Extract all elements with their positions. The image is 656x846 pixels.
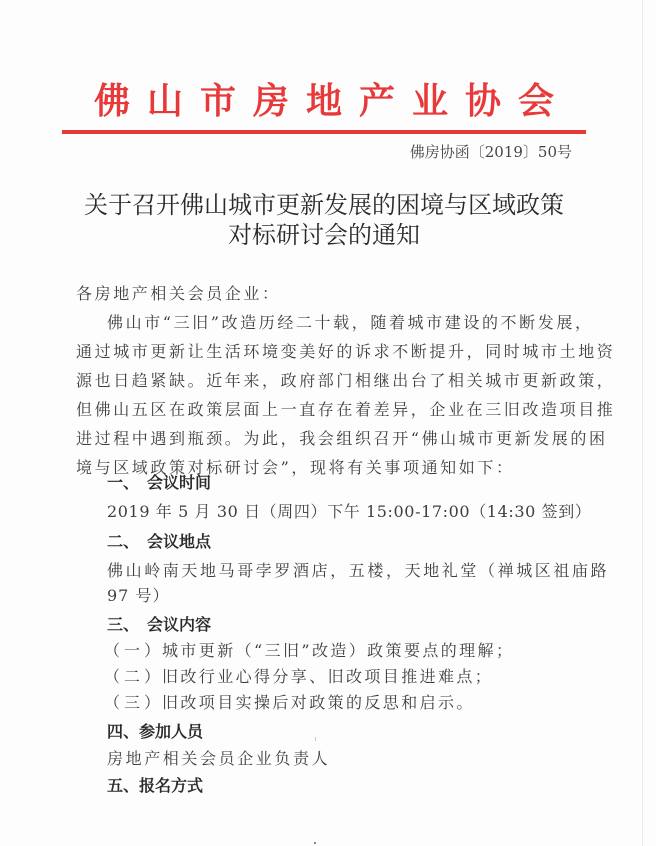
salutation: 各房地产相关会员企业： <box>76 279 572 308</box>
notice-title: 关于召开佛山城市更新发展的困境与区域政策 对标研讨会的通知 <box>62 190 586 250</box>
intro-line-1: 佛山市“三旧”改造历经二十载，随着城市建设的不断发展， <box>107 308 603 337</box>
intro-line-4: 但佛山五区在政策层面上一直存在着差异，企业在三旧改造项目推 <box>76 395 572 424</box>
section-heading-registration: 五、报名方式 <box>107 771 203 800</box>
content-item-3: （三）旧改项目实操后对政策的反思和启示。 <box>104 688 475 717</box>
attendees-text: 房地产相关会员企业负责人 <box>107 744 577 773</box>
section-number: 五、 <box>107 776 139 795</box>
notice-title-line-1: 关于召开佛山城市更新发展的困境与区域政策 <box>62 190 586 220</box>
section-heading-attendees: 四、参加人员 <box>107 717 203 746</box>
section-title: 会议地点 <box>147 532 211 551</box>
section-heading-content: 三、会议内容 <box>107 610 211 639</box>
organization-name: 佛山市房地产业协会 <box>77 78 571 124</box>
item-text: 城市更新（“三旧”改造）政策要点的理解； <box>162 641 514 660</box>
section-heading-time: 一、会议时间 <box>107 468 211 497</box>
meeting-time-text: 2019 年 5 月 30 日（周四）下午 15:00-17:00（14:30 … <box>107 497 577 526</box>
content-item-2: （二）旧改行业心得分享、旧改项目推进难点； <box>104 662 493 691</box>
section-title: 报名方式 <box>139 776 203 795</box>
item-marker: （二） <box>104 662 162 691</box>
item-marker: （三） <box>104 688 162 717</box>
letterhead: 佛山市房地产业协会 <box>62 78 586 124</box>
section-number: 一、 <box>107 473 139 492</box>
intro-line-5: 进过程中遇到瓶颈。为此，我会组织召开“佛山城市更新发展的困 <box>76 424 572 453</box>
document-number: 佛房协函〔2019〕50号 <box>380 142 572 162</box>
red-divider-line <box>62 130 586 134</box>
scan-speck <box>315 737 316 741</box>
section-title: 会议内容 <box>147 615 211 634</box>
intro-line-3: 源也日趋紧缺。近年来，政府部门相继出台了相关城市更新政策， <box>76 366 572 395</box>
content-item-1: （一）城市更新（“三旧”改造）政策要点的理解； <box>104 636 514 665</box>
section-title: 会议时间 <box>147 473 211 492</box>
intro-line-2: 通过城市更新让生活环境变美好的诉求不断提升，同时城市土地资 <box>76 337 572 366</box>
notice-title-line-2: 对标研讨会的通知 <box>62 220 586 250</box>
item-text: 旧改行业心得分享、旧改项目推进难点； <box>162 667 493 686</box>
section-number: 三、 <box>107 615 139 634</box>
item-marker: （一） <box>104 636 162 665</box>
scan-dot <box>314 842 316 844</box>
section-number: 四、 <box>107 722 139 741</box>
section-title: 参加人员 <box>139 722 203 741</box>
section-number: 二、 <box>107 532 139 551</box>
meeting-location-line-2: 97 号） <box>107 581 577 610</box>
page-edge <box>642 0 643 846</box>
section-heading-location: 二、会议地点 <box>107 527 211 556</box>
item-text: 旧改项目实操后对政策的反思和启示。 <box>162 693 475 712</box>
